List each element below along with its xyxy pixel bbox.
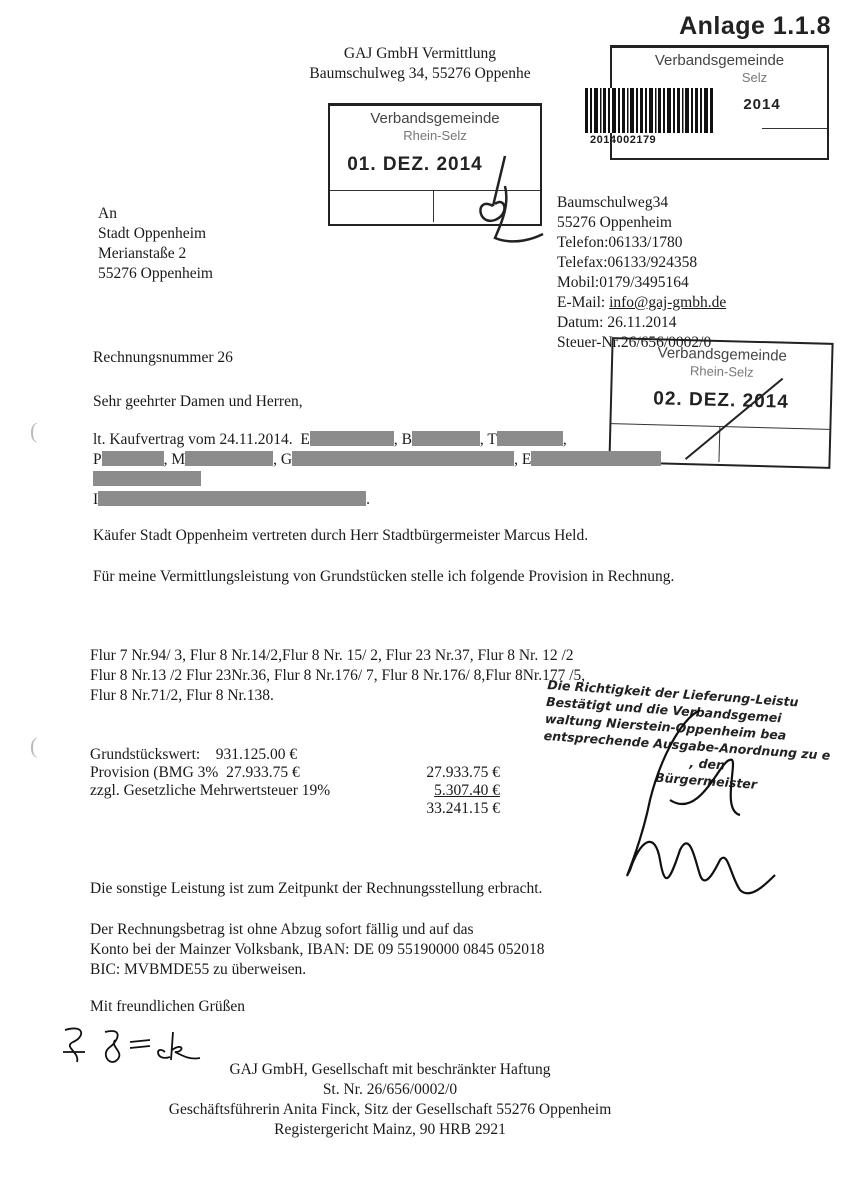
redacted-name-initial: M <box>171 451 185 468</box>
amount-row-total: 33.241.15 € <box>90 799 510 817</box>
sender-mobile: Mobil:0179/3495164 <box>557 273 726 293</box>
annex-label: Anlage 1.1.8 <box>679 12 831 41</box>
redaction-bar <box>310 431 394 446</box>
amount-value: 5.307.40 € <box>434 781 500 801</box>
invoice-number: Rechnungsnummer 26 <box>93 348 233 368</box>
amounts-table: Grundstückswert: 931.125.00 € Provision … <box>90 745 510 817</box>
service-statement: Für meine Vermittlungsleistung von Grund… <box>93 567 674 587</box>
company-footer: GAJ GmbH, Gesellschaft mit beschränkter … <box>150 1060 630 1140</box>
contract-intro: lt. Kaufvertrag vom 24.11.2014. <box>93 431 293 448</box>
sender-street: Baumschulweg34 <box>557 193 726 213</box>
contract-reference: lt. Kaufvertrag vom 24.11.2014. E, B, T,… <box>93 430 661 510</box>
redacted-name-initial: E <box>300 431 309 448</box>
redaction-bar <box>497 431 563 446</box>
redacted-name-initial: E <box>522 451 531 468</box>
sender-email-label: E-Mail: <box>557 294 609 311</box>
parcel-line: Flur 8 Nr.71/2, Flur 8 Nr.138. <box>90 686 585 706</box>
letterhead-company: GAJ GmbH Vermittlung <box>270 44 570 64</box>
redaction-bar <box>98 491 366 506</box>
received-stamp-1: Verbandsgemeinde Rhein-Selz 01. DEZ. 201… <box>328 103 542 226</box>
redaction-bar <box>102 451 164 466</box>
amount-label: Grundstückswert: 931.125.00 € <box>90 745 297 765</box>
stamp-title: Verbandsgemeinde <box>612 52 827 69</box>
barcode-icon <box>585 88 715 133</box>
punch-mark-icon: ( <box>30 733 37 759</box>
redaction-bar <box>185 451 273 466</box>
redacted-name-initial: B <box>402 431 412 448</box>
redaction-bar <box>531 451 661 466</box>
amount-label: Provision (BMG 3% 27.933.75 € <box>90 763 300 783</box>
buyer-statement: Käufer Stadt Oppenheim vertreten durch H… <box>93 526 588 546</box>
barcode-number: 2014002179 <box>590 134 656 146</box>
footer-line: GAJ GmbH, Gesellschaft mit beschränkter … <box>150 1060 630 1080</box>
closing-greeting: Mit freundlichen Grüßen <box>90 997 245 1017</box>
payment-line: BIC: MVBMDE55 zu überweisen. <box>90 960 544 980</box>
footer-line: Geschäftsführerin Anita Finck, Sitz der … <box>150 1100 630 1120</box>
contract-line-2: P, M, G, E <box>93 450 661 470</box>
amount-label: zzgl. Gesetzliche Mehrwertsteuer 19% <box>90 781 330 801</box>
sender-email-row: E-Mail: info@gaj-gmbh.de <box>557 293 726 313</box>
redacted-name-initial: T <box>487 431 496 448</box>
stamp-title: Verbandsgemeinde <box>330 110 540 127</box>
stamp-subtitle: Selz <box>682 70 827 85</box>
parcel-line: Flur 7 Nr.94/ 3, Flur 8 Nr.14/2,Flur 8 N… <box>90 646 585 666</box>
stamp-divider <box>433 190 434 222</box>
footer-line: St. Nr. 26/656/0002/0 <box>150 1080 630 1100</box>
amount-value: 27.933.75 € <box>426 763 500 783</box>
amount-total: 33.241.15 € <box>426 799 500 819</box>
service-fulfilled-note: Die sonstige Leistung ist zum Zeitpunkt … <box>90 879 542 899</box>
sender-fax: Telefax:06133/924358 <box>557 253 726 273</box>
salutation: Sehr geehrter Damen und Herren, <box>93 392 303 412</box>
redaction-bar <box>292 451 514 466</box>
redaction-bar <box>93 471 201 486</box>
sender-phone: Telefon:06133/1780 <box>557 233 726 253</box>
amount-row-property-value: Grundstückswert: 931.125.00 € <box>90 745 510 763</box>
amount-row-vat: zzgl. Gesetzliche Mehrwertsteuer 19% 5.3… <box>90 781 510 799</box>
punch-mark-icon: ( <box>30 418 37 444</box>
redacted-name-initial: P <box>93 451 102 468</box>
check-stroke-icon <box>670 371 792 464</box>
parcel-list: Flur 7 Nr.94/ 3, Flur 8 Nr.14/2,Flur 8 N… <box>90 646 585 706</box>
payment-line: Konto bei der Mainzer Volksbank, IBAN: D… <box>90 940 544 960</box>
recipient-line: 55276 Oppenheim <box>98 264 213 284</box>
footer-line: Registergericht Mainz, 90 HRB 2921 <box>150 1120 630 1140</box>
stamp-date: 2014 <box>732 96 792 113</box>
recipient-line: Merianstaße 2 <box>98 244 213 264</box>
recipient-line: An <box>98 204 213 224</box>
amount-row-commission: Provision (BMG 3% 27.933.75 € 27.933.75 … <box>90 763 510 781</box>
stamp-subtitle: Rhein-Selz <box>330 128 540 143</box>
payment-line: Der Rechnungsbetrag ist ohne Abzug sofor… <box>90 920 544 940</box>
parcel-line: Flur 8 Nr.13 /2 Flur 23Nr.36, Flur 8 Nr.… <box>90 666 585 686</box>
redacted-name-initial: G <box>281 451 292 468</box>
mayor-signature-icon <box>600 700 800 910</box>
contract-line-1: lt. Kaufvertrag vom 24.11.2014. E, B, T, <box>93 430 661 450</box>
sender-date: Datum: 26.11.2014 <box>557 313 726 333</box>
contract-line-4: I. <box>93 490 661 510</box>
sender-contact-block: Baumschulweg34 55276 Oppenheim Telefon:0… <box>557 193 726 353</box>
recipient-address: An Stadt Oppenheim Merianstaße 2 55276 O… <box>98 204 213 284</box>
sender-email-link[interactable]: info@gaj-gmbh.de <box>609 294 726 311</box>
payment-instructions: Der Rechnungsbetrag ist ohne Abzug sofor… <box>90 920 544 980</box>
recipient-line: Stadt Oppenheim <box>98 224 213 244</box>
contract-line-3 <box>93 470 661 490</box>
redaction-bar <box>412 431 480 446</box>
stamp-divider <box>762 128 827 129</box>
sender-city: 55276 Oppenheim <box>557 213 726 233</box>
letterhead-address: Baumschulweg 34, 55276 Oppenhe <box>270 64 570 84</box>
letterhead: GAJ GmbH Vermittlung Baumschulweg 34, 55… <box>270 44 570 84</box>
